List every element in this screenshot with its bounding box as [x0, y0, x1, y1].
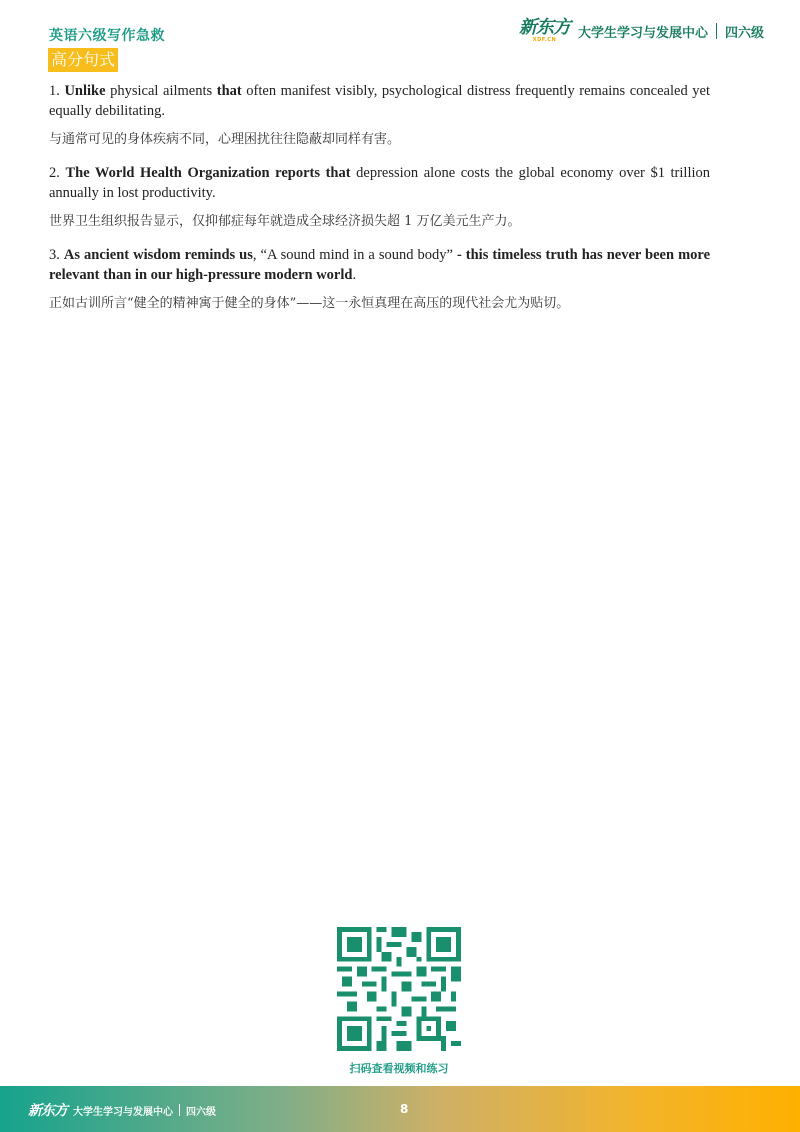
xdf-logo-icon: 新东方 XDF.CN — [519, 19, 570, 43]
logo-domain: XDF.CN — [533, 38, 556, 43]
sentence-english: 1. Unlike physical ailments that often m… — [49, 82, 710, 121]
text-phrase: physical ailments — [106, 83, 217, 99]
xdf-logo-icon: 新东方 — [28, 1100, 67, 1120]
sentence-item: 1. Unlike physical ailments that often m… — [49, 82, 710, 150]
sentence-english: 2. The World Health Organization reports… — [49, 164, 710, 203]
footer-center-name: 大学生学习与发展中心 — [73, 1103, 173, 1118]
section-badge: 高分句式 — [48, 48, 118, 72]
qr-caption: 扫码查看视频和练习 — [335, 1060, 463, 1076]
qr-block: 扫码查看视频和练习 — [337, 927, 463, 1076]
sentence-english: 3. As ancient wisdom reminds us, “A soun… — [49, 246, 710, 285]
brand-center-name: 大学生学习与发展中心 — [578, 22, 708, 41]
document-title: 英语六级写作急救 — [49, 25, 165, 45]
logo-text: 新东方 — [519, 19, 570, 37]
header-brand: 新东方 XDF.CN 大学生学习与发展中心 四六级 — [519, 18, 764, 44]
sentence-number: 3. — [49, 247, 60, 263]
sentence-number: 1. — [49, 83, 60, 99]
bold-phrase: Unlike — [64, 83, 105, 99]
page-footer: 新东方 大学生学习与发展中心 四六级 8 — [0, 1086, 800, 1132]
footer-divider — [179, 1104, 180, 1116]
sentence-item: 2. The World Health Organization reports… — [49, 164, 710, 232]
bold-phrase: The World Health Organization reports th… — [65, 165, 350, 181]
text-phrase: , “A sound mind in a sound body” — [253, 247, 457, 263]
sentence-translation: 世界卫生组织报告显示，仅抑郁症每年就造成全球经济损失超 1 万亿美元生产力。 — [49, 212, 710, 232]
bold-phrase: As ancient wisdom reminds us — [64, 247, 253, 263]
bold-phrase: that — [217, 83, 242, 99]
footer-brand: 新东方 大学生学习与发展中心 四六级 — [28, 1100, 216, 1120]
brand-divider — [716, 23, 717, 39]
sentence-item: 3. As ancient wisdom reminds us, “A soun… — [49, 246, 710, 314]
footer-level: 四六级 — [186, 1103, 216, 1118]
sentence-translation: 与通常可见的身体疾病不同，心理困扰往往隐蔽却同样有害。 — [49, 130, 710, 150]
qr-code-icon[interactable] — [337, 927, 461, 1051]
sentence-translation: 正如古训所言“健全的精神寓于健全的身体”——这一永恒真理在高压的现代社会尤为贴切… — [49, 294, 710, 314]
text-phrase: . — [352, 267, 356, 283]
sentence-number: 2. — [49, 165, 60, 181]
sentence-list: 1. Unlike physical ailments that often m… — [49, 82, 710, 328]
brand-level: 四六级 — [725, 22, 764, 41]
page-number: 8 — [400, 1102, 408, 1116]
